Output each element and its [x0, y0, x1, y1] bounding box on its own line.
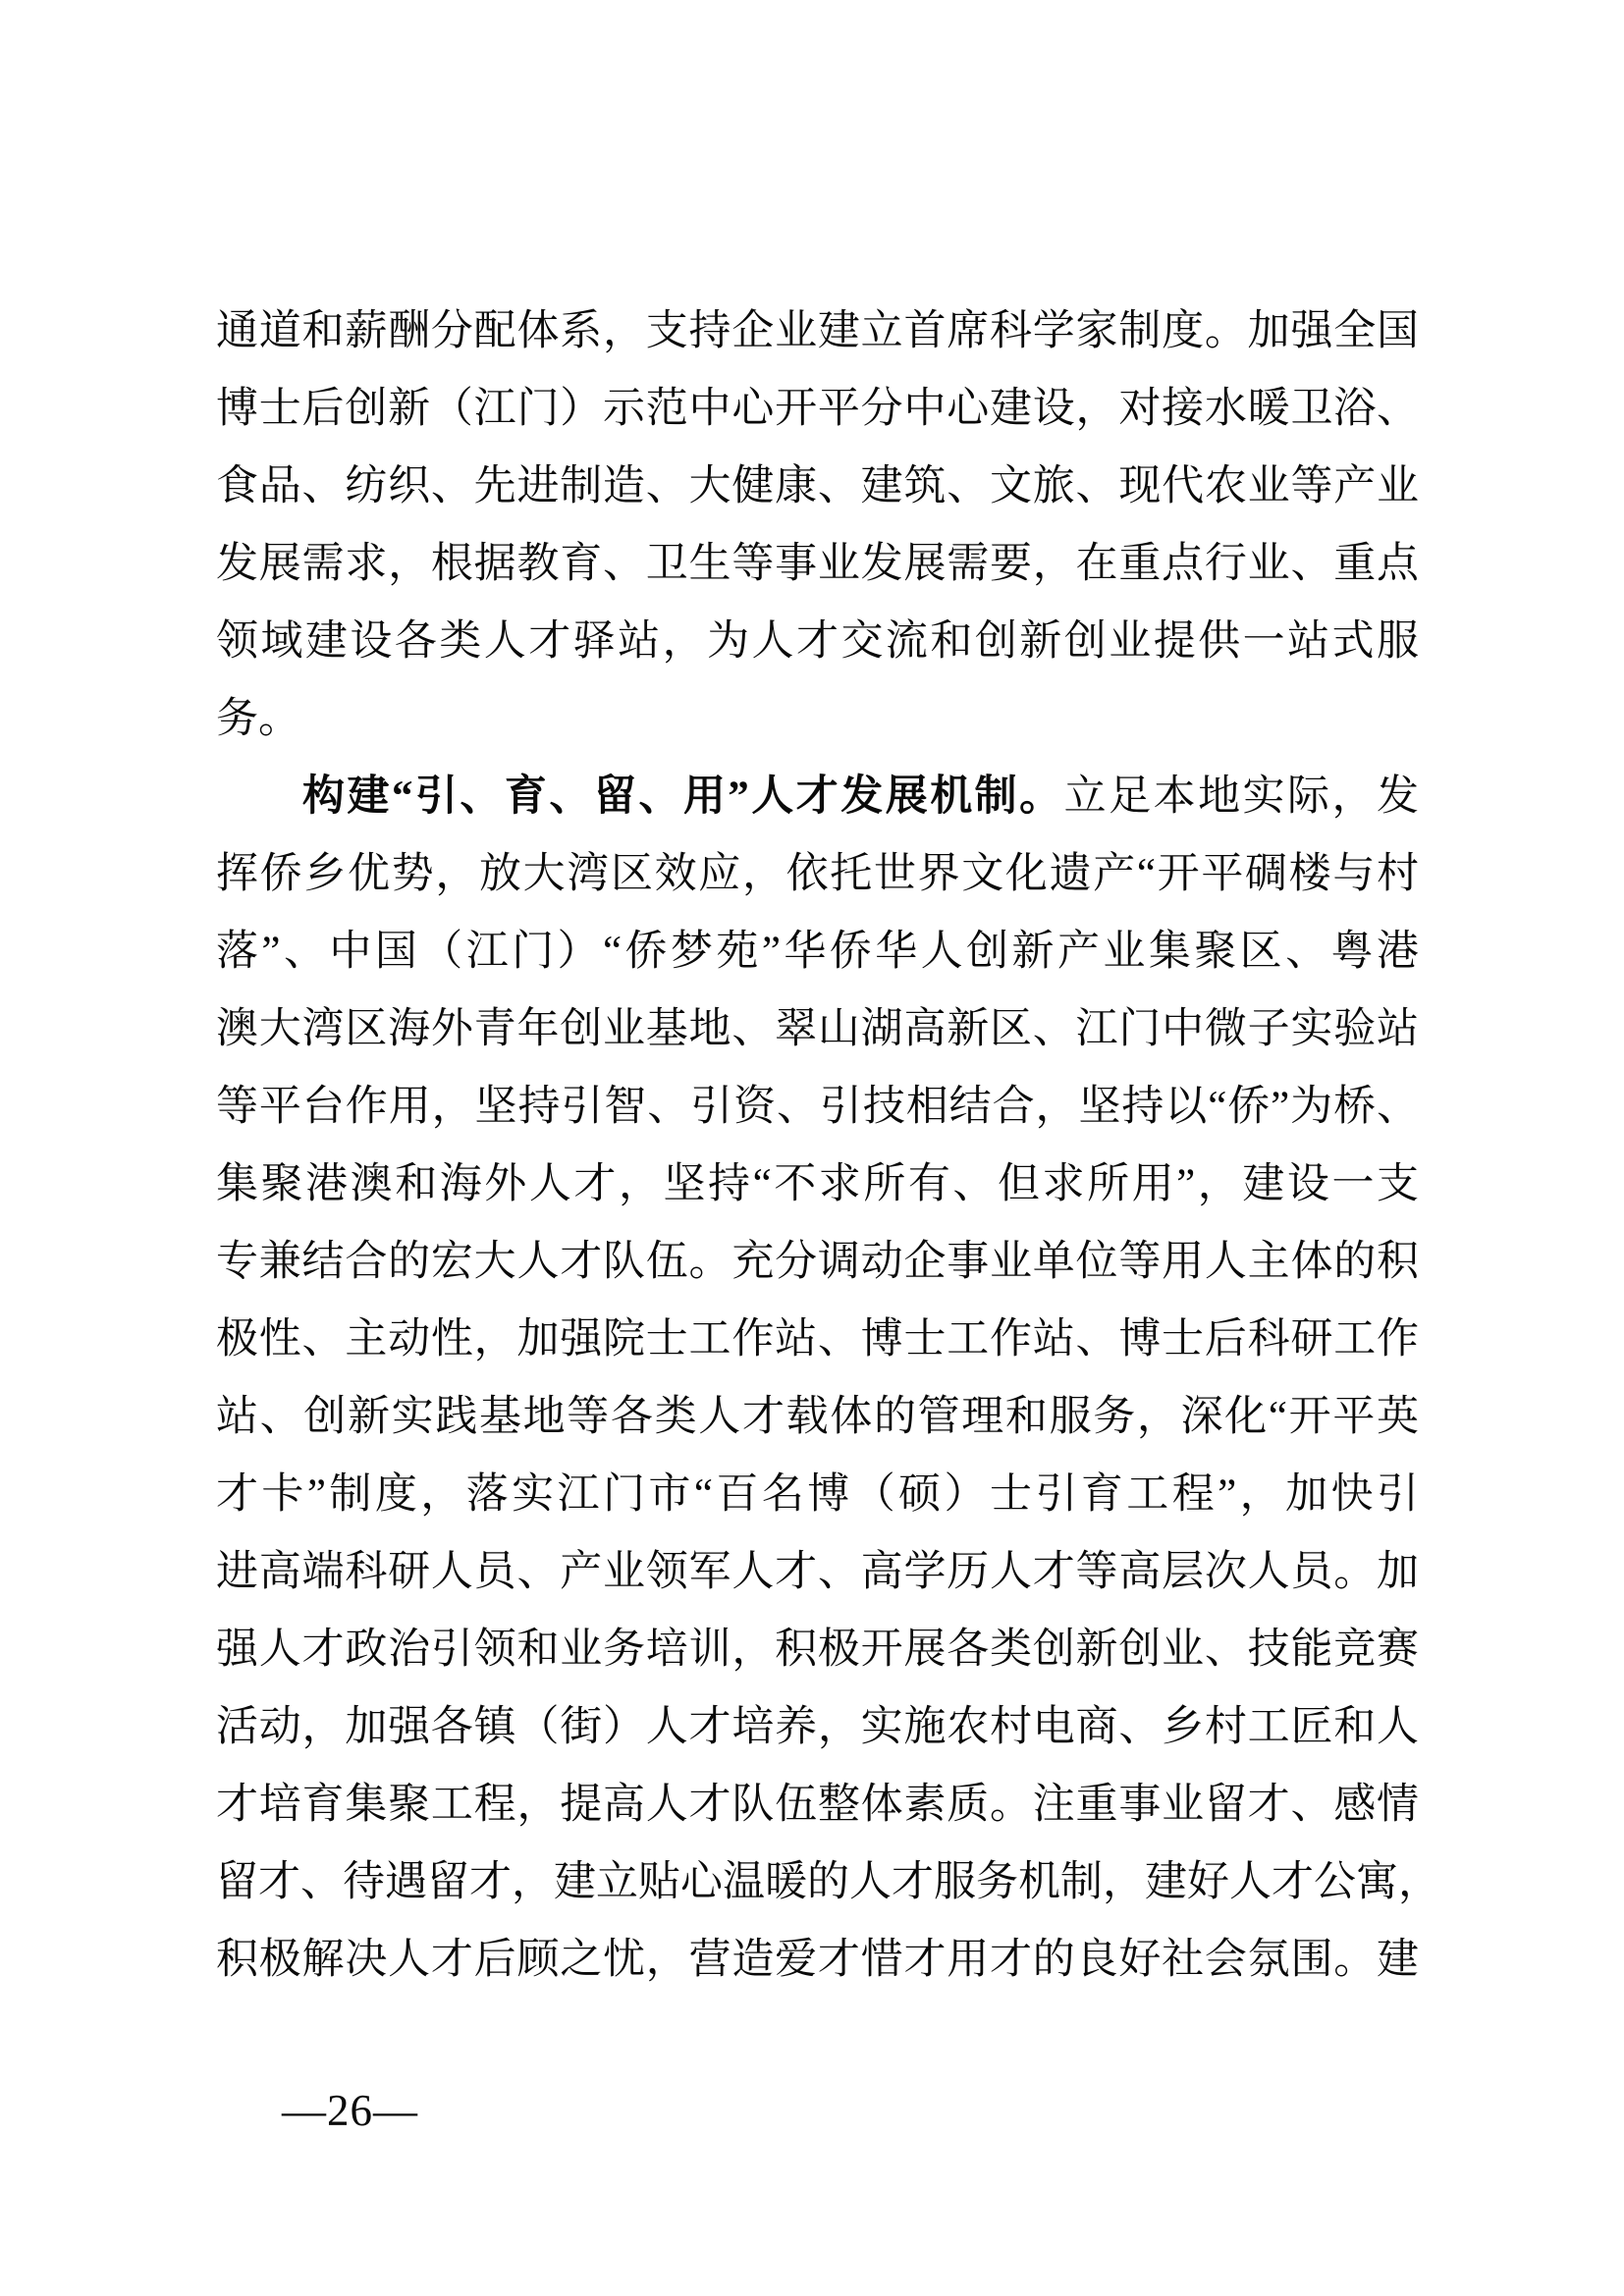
text-line: 挥侨乡优势，放大湾区效应，依托世界文化遗产“开平碉楼与村 [216, 835, 1419, 913]
text-line: 极性、主动性，加强院士工作站、博士工作站、博士后科研工作 [216, 1301, 1419, 1378]
text-line: 构建“引、育、留、用”人才发展机制。立足本地实际，发 [216, 758, 1419, 835]
text-line: 集聚港澳和海外人才，坚持“不求所有、但求所用”，建设一支 [216, 1146, 1419, 1223]
document-page: 通道和薪酬分配体系，支持企业建立首席科学家制度。加强全国 博士后创新（江门）示范… [0, 0, 1624, 2296]
text-line: 才培育集聚工程，提高人才队伍整体素质。注重事业留才、感情 [216, 1766, 1419, 1843]
text-line: 站、创新实践基地等各类人才载体的管理和服务，深化“开平英 [216, 1378, 1419, 1456]
text-line: 活动，加强各镇（街）人才培养，实施农村电商、乡村工匠和人 [216, 1688, 1419, 1766]
text-line: 博士后创新（江门）示范中心开平分中心建设，对接水暖卫浴、 [216, 370, 1419, 448]
text-line: 落”、中国（江门）“侨梦苑”华侨华人创新产业集聚区、粤港 [216, 913, 1419, 990]
text-line: 积极解决人才后顾之忧，营造爱才惜才用才的良好社会氛围。建 [216, 1921, 1419, 1999]
text-line: 强人才政治引领和业务培训，积极开展各类创新创业、技能竞赛 [216, 1611, 1419, 1688]
page-number: —26— [282, 2087, 418, 2134]
text-line: 专兼结合的宏大人才队伍。充分调动企事业单位等用人主体的积 [216, 1223, 1419, 1301]
text-line: 才卡”制度，落实江门市“百名博（硕）士引育工程”，加快引 [216, 1456, 1419, 1533]
body-text-block: 通道和薪酬分配体系，支持企业建立首席科学家制度。加强全国 博士后创新（江门）示范… [216, 293, 1419, 1999]
text-line: 留才、待遇留才，建立贴心温暖的人才服务机制，建好人才公寓， [216, 1843, 1419, 1921]
text-line: 食品、纺织、先进制造、大健康、建筑、文旅、现代农业等产业 [216, 448, 1419, 525]
text-line: 发展需求，根据教育、卫生等事业发展需要，在重点行业、重点 [216, 525, 1419, 603]
paragraph-lead-rest: 立足本地实际，发 [1064, 774, 1419, 820]
text-line: 通道和薪酬分配体系，支持企业建立首席科学家制度。加强全国 [216, 293, 1419, 370]
text-line: 领域建设各类人才驿站，为人才交流和创新创业提供一站式服 [216, 603, 1419, 680]
paragraph-lead-bold: 构建“引、育、留、用”人才发展机制。 [302, 774, 1064, 820]
text-line: 务。 [216, 680, 1419, 758]
text-line: 等平台作用，坚持引智、引资、引技相结合，坚持以“侨”为桥、 [216, 1068, 1419, 1146]
text-line: 澳大湾区海外青年创业基地、翠山湖高新区、江门中微子实验站 [216, 990, 1419, 1068]
text-line: 进高端科研人员、产业领军人才、高学历人才等高层次人员。加 [216, 1533, 1419, 1611]
